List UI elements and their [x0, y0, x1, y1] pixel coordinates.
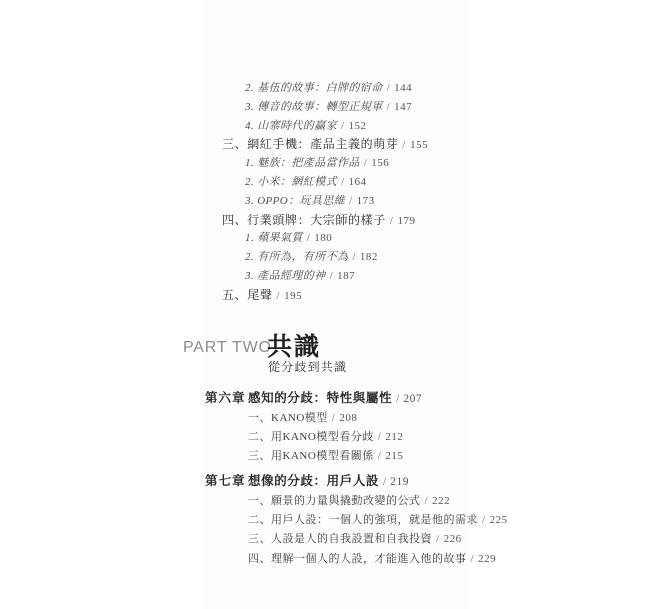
part-two-subtitle: 從分歧到共識	[268, 358, 347, 375]
entry-title: 二、用KANO模型看分歧	[248, 431, 374, 443]
entry-title: 1. 蘋果氣質	[245, 232, 303, 244]
toc-chapter-entry: 一、KANO模型/208	[0, 409, 655, 428]
page-number: 152	[348, 120, 366, 132]
slash-separator: /	[436, 533, 440, 545]
page-number: 179	[397, 215, 415, 227]
slash-separator: /	[471, 553, 475, 565]
entry-title: 一、KANO模型	[248, 412, 328, 424]
entry-title: 四、行業頭牌：大宗師的樣子	[222, 213, 386, 227]
entry-title: 2. 基伍的故事：白牌的宿命	[245, 82, 383, 94]
toc-chapter-block: 第六章感知的分歧：特性與屬性/207一、KANO模型/208二、用KANO模型看…	[0, 388, 655, 466]
page-number: 212	[385, 431, 403, 443]
slash-separator: /	[425, 495, 429, 507]
slash-separator: /	[352, 251, 355, 263]
toc-section-entry: 五、尾聲/195	[0, 286, 655, 305]
entry-title: 4. 山寨時代的贏家	[245, 120, 337, 132]
slash-separator: /	[387, 101, 390, 113]
entry-title: 3. 產品經理的神	[245, 270, 326, 282]
toc-chapter-entry: 二、用KANO模型看分歧/212	[0, 428, 655, 447]
toc-subsection-entry: 3. 傳音的故事：轉型正規軍/147	[0, 98, 655, 117]
chapter-header-row: 第六章感知的分歧：特性與屬性/207	[0, 388, 655, 409]
slash-separator: /	[390, 215, 394, 227]
entry-title: 3. 傳音的故事：轉型正規軍	[245, 101, 383, 113]
page-number: 164	[348, 176, 366, 188]
entry-title: 2. 有所為，有所不為	[245, 251, 348, 263]
entry-title: 三、人設是人的自我設置和自我投資	[248, 533, 432, 545]
slash-separator: /	[378, 431, 382, 443]
toc-subsection-entry: 1. 蘋果氣質/180	[0, 229, 655, 248]
slash-separator: /	[387, 82, 390, 94]
slash-separator: /	[364, 157, 367, 169]
toc-subsection-entry: 2. 有所為，有所不為/182	[0, 248, 655, 267]
page-number: 173	[357, 195, 375, 207]
toc-chapter-entry: 四、理解一個人的人設，才能進入他的故事/229	[0, 550, 655, 569]
entry-title: 1. 魅族：把產品當作品	[245, 157, 360, 169]
chapter-header-row: 第七章想像的分歧：用戶人設/219	[0, 471, 655, 492]
entry-title: 三、網紅手機：產品主義的萌芽	[222, 137, 398, 151]
toc-part-one-tail-list: 2. 基伍的故事：白牌的宿命/1443. 傳音的故事：轉型正規軍/1474. 山…	[0, 79, 655, 305]
toc-chapter-entry: 二、用戶人設：一個人的強項，就是他的需求/225	[0, 511, 655, 530]
entry-title: 2. 小米：網紅模式	[245, 176, 337, 188]
toc-subsection-entry: 1. 魅族：把產品當作品/156	[0, 154, 655, 173]
page-number: 144	[394, 82, 412, 94]
page-number: 226	[444, 533, 462, 545]
entry-title: 四、理解一個人的人設，才能進入他的故事	[248, 553, 467, 565]
toc-subsection-entry: 2. 小米：網紅模式/164	[0, 173, 655, 192]
entry-title: 二、用戶人設：一個人的強項，就是他的需求	[248, 514, 478, 526]
page-number: 195	[284, 290, 302, 302]
page-number: 229	[478, 553, 496, 565]
toc-subsection-entry: 4. 山寨時代的贏家/152	[0, 117, 655, 136]
slash-separator: /	[349, 195, 352, 207]
chapter-title: 想像的分歧：用戶人設	[248, 474, 379, 488]
slash-separator: /	[482, 514, 486, 526]
slash-separator: /	[341, 176, 344, 188]
page-number: 155	[410, 139, 428, 151]
entry-title: 3. OPPO：玩具思維	[245, 195, 345, 207]
page-number: 208	[339, 412, 357, 424]
slash-separator: /	[402, 139, 406, 151]
chapter-title: 感知的分歧：特性與屬性	[248, 391, 392, 405]
slash-separator: /	[276, 290, 280, 302]
slash-separator: /	[378, 450, 382, 462]
slash-separator: /	[341, 120, 344, 132]
slash-separator: /	[330, 270, 333, 282]
page-number: 215	[385, 450, 403, 462]
toc-subsection-entry: 3. OPPO：玩具思維/173	[0, 192, 655, 211]
page-number: 187	[337, 270, 355, 282]
toc-section-entry: 三、網紅手機：產品主義的萌芽/155	[0, 135, 655, 154]
page-number: 222	[432, 495, 450, 507]
page-number: 180	[314, 232, 332, 244]
page-number: 225	[490, 514, 508, 526]
toc-subsection-entry: 2. 基伍的故事：白牌的宿命/144	[0, 79, 655, 98]
book-toc-page: 2. 基伍的故事：白牌的宿命/1443. 傳音的故事：轉型正規軍/1474. 山…	[0, 0, 655, 609]
toc-section-entry: 四、行業頭牌：大宗師的樣子/179	[0, 211, 655, 230]
toc-chapter-block: 第七章想像的分歧：用戶人設/219一、願景的力量與撬動改變的公式/222二、用戶…	[0, 471, 655, 569]
toc-chapter-entry: 三、人設是人的自我設置和自我投資/226	[0, 530, 655, 549]
chapter-number-label: 第六章	[205, 388, 248, 409]
toc-chapter-entry: 三、用KANO模型看關係/215	[0, 447, 655, 466]
chapter-number-label: 第七章	[205, 471, 248, 492]
slash-separator: /	[307, 232, 310, 244]
toc-chapter-entry: 一、願景的力量與撬動改變的公式/222	[0, 492, 655, 511]
page-number: 219	[390, 476, 409, 488]
page-number: 147	[394, 101, 412, 113]
entry-title: 五、尾聲	[222, 288, 272, 302]
part-two-kicker: PART TWO	[183, 339, 272, 357]
toc-chapters: 第六章感知的分歧：特性與屬性/207一、KANO模型/208二、用KANO模型看…	[0, 388, 655, 569]
slash-separator: /	[383, 476, 386, 488]
page-number: 156	[371, 157, 389, 169]
slash-separator: /	[332, 412, 336, 424]
entry-title: 一、願景的力量與撬動改變的公式	[248, 495, 421, 507]
slash-separator: /	[396, 393, 399, 405]
entry-title: 三、用KANO模型看關係	[248, 450, 374, 462]
page-number: 207	[403, 393, 422, 405]
page-number: 182	[360, 251, 378, 263]
toc-subsection-entry: 3. 產品經理的神/187	[0, 267, 655, 286]
